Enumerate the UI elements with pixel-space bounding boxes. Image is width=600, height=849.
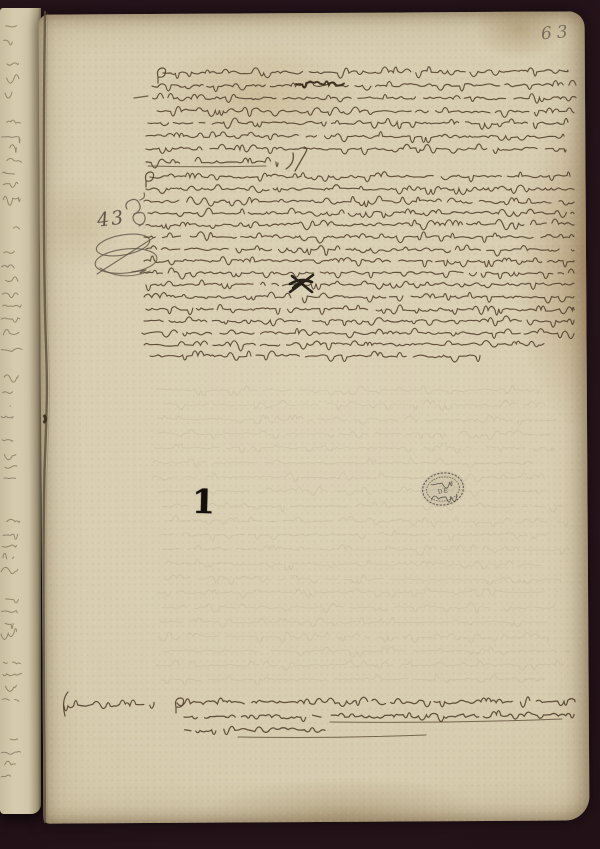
paragraph-marks: [64, 68, 184, 716]
facing-page-text-marks: [1, 26, 24, 777]
folio-number: 63: [540, 22, 573, 45]
manuscript-scan: DE 63 43 1: [0, 0, 600, 849]
handwriting-paragraph-2: [140, 172, 574, 362]
margin-number: 43: [96, 206, 127, 231]
handwriting-bottom-paragraph: [177, 697, 575, 735]
show-through-text: [152, 386, 570, 686]
paragraph-end-flourish: [286, 147, 307, 171]
ink-layer: DE: [0, 0, 600, 849]
margin-rubric-doodle: [94, 193, 158, 276]
crossout-blot: [290, 275, 313, 292]
archive-stamp: DE: [418, 468, 468, 511]
handwriting-bottom-margin-note: [64, 700, 154, 711]
handwriting-paragraph-1: [146, 67, 576, 168]
ink-numeral-mark: 1: [191, 482, 215, 522]
gutter-fold: [44, 12, 50, 822]
